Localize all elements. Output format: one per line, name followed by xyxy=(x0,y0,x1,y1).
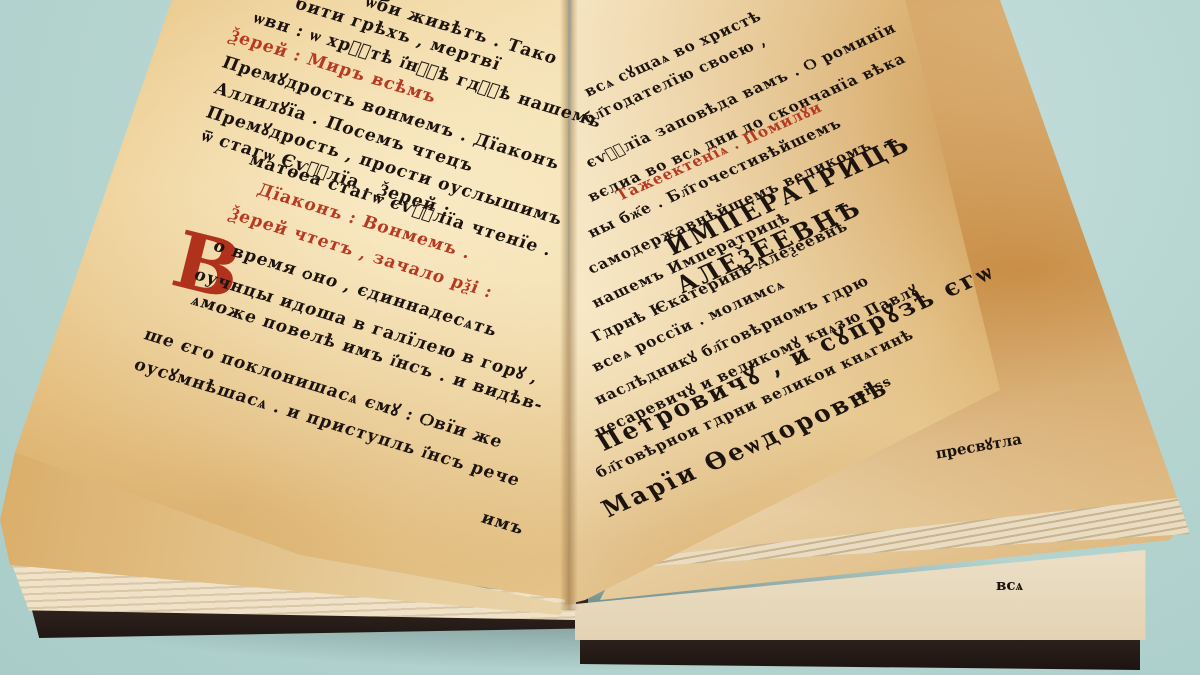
photo-scene: ѡби живѣтъ . Тако бити грѣхъ , мертвї ѡв… xyxy=(0,0,1200,675)
catchword-lower-page: всѧ xyxy=(996,576,1023,595)
book-gutter xyxy=(560,0,578,610)
